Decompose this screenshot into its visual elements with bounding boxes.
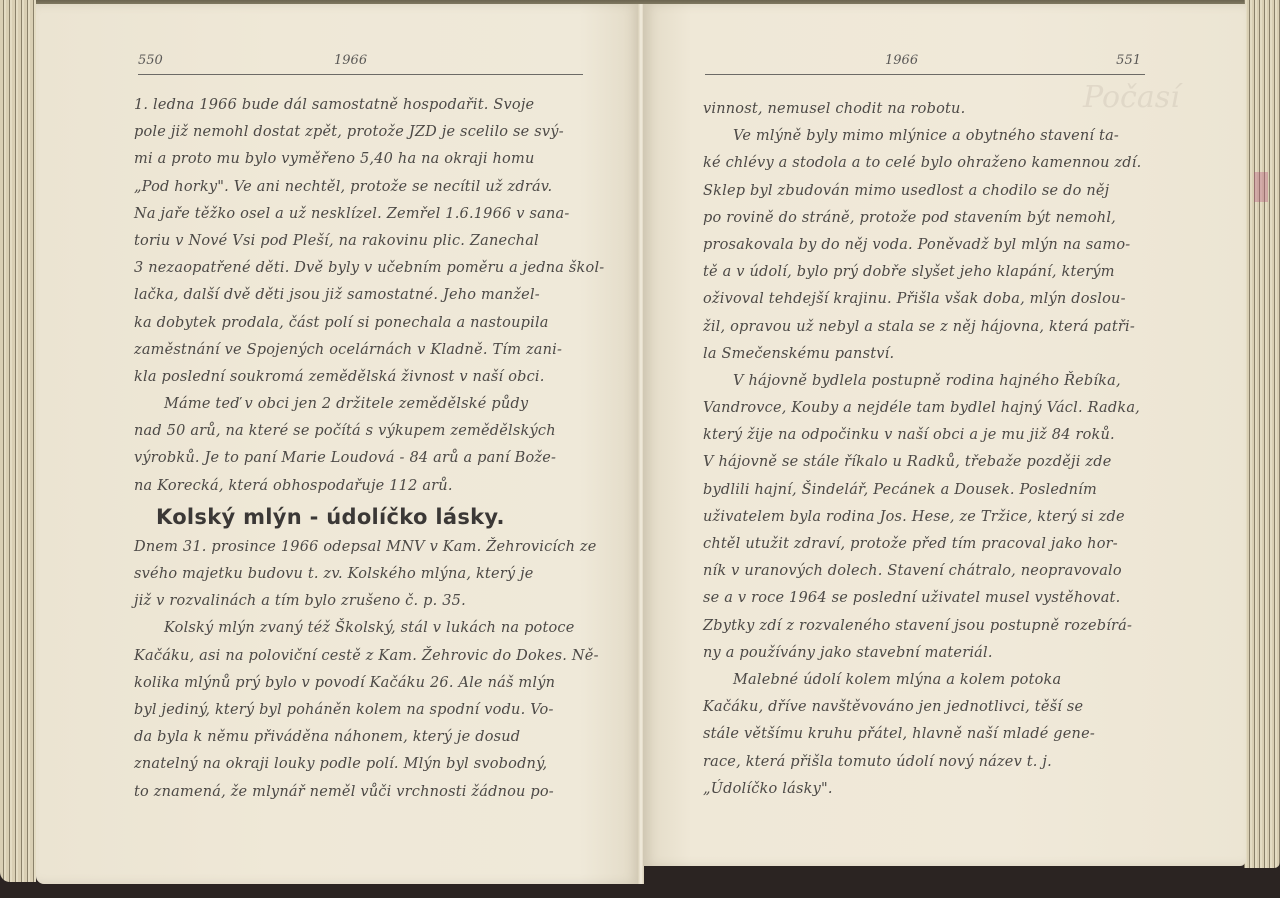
text-line: V hájovně se stále říkalo u Radků, třeba… (703, 449, 1158, 476)
text-line: Zbytky zdí z rozvaleného stavení jsou po… (703, 613, 1158, 640)
text-line: „Pod horky". Ve ani nechtěl, protože se … (134, 174, 609, 201)
text-line: ké chlévy a stodola a to celé bylo ohraž… (703, 150, 1158, 177)
page-number: 550 (138, 53, 163, 68)
text-line: kla poslední soukromá zemědělská živnost… (134, 364, 609, 391)
page-year: 1966 (885, 53, 918, 68)
text-line: la Smečenskému panství. (703, 341, 1158, 368)
text-line: vinnost, nemusel chodit na robotu. (703, 96, 1158, 123)
section-heading: Kolský mlýn - údolíčko lásky. (134, 500, 609, 534)
text-line: Ve mlýně byly mimo mlýnice a obytného st… (703, 123, 1158, 150)
page-number: 551 (1116, 53, 1141, 68)
text-line: který žije na odpočinku v naší obci a je… (703, 422, 1158, 449)
text-line: Malebné údolí kolem mlýna a kolem potoka (703, 667, 1158, 694)
text-line: ník v uranových dolech. Stavení chátralo… (703, 558, 1158, 585)
text-line: Dnem 31. prosince 1966 odepsal MNV v Kam… (134, 534, 609, 561)
text-line: kolika mlýnů prý bylo v povodí Kačáku 26… (134, 670, 609, 697)
text-line: V hájovně bydlela postupně rodina hajnéh… (703, 368, 1158, 395)
text-line: ka dobytek prodala, část polí si ponecha… (134, 310, 609, 337)
text-line: Sklep byl zbudován mimo usedlost a chodi… (703, 178, 1158, 205)
scanned-book-spread: 550 1966 1. ledna 1966 bude dál samostat… (0, 0, 1280, 898)
text-line: Vandrovce, Kouby a nejdéle tam bydlel ha… (703, 395, 1158, 422)
left-page-stack (0, 0, 36, 882)
text-line: Kačáku, dříve navštěvováno jen jednotliv… (703, 694, 1158, 721)
text-line: tě a v údolí, bylo prý dobře slyšet jeho… (703, 259, 1158, 286)
right-page: Počasí 1966 551 vinnost, nemusel chodit … (643, 4, 1246, 866)
right-page-text: vinnost, nemusel chodit na robotu. Ve ml… (703, 96, 1158, 803)
text-line: stále většímu kruhu přátel, hlavně naší … (703, 721, 1158, 748)
text-line: bydlili hajní, Šindelář, Pecánek a Douse… (703, 477, 1158, 504)
text-line: Na jaře těžko osel a už nesklízel. Zemře… (134, 201, 609, 228)
text-line: toriu v Nové Vsi pod Pleší, na rakovinu … (134, 228, 609, 255)
text-line: na Korecká, která obhospodařuje 112 arů. (134, 473, 609, 500)
text-line: race, která přišla tomuto údolí nový náz… (703, 749, 1158, 776)
text-line: mi a proto mu bylo vyměřeno 5,40 ha na o… (134, 146, 609, 173)
text-line: žil, opravou už nebyl a stala se z něj h… (703, 314, 1158, 341)
text-line: prosakovala by do něj voda. Poněvadž byl… (703, 232, 1158, 259)
text-line: výrobků. Je to paní Marie Loudová - 84 a… (134, 445, 609, 472)
text-line: ny a používány jako stavební materiál. (703, 640, 1158, 667)
text-line: chtěl utužit zdraví, protože před tím pr… (703, 531, 1158, 558)
text-line: 1. ledna 1966 bude dál samostatně hospod… (134, 92, 609, 119)
text-line: se a v roce 1964 se poslední uživatel mu… (703, 585, 1158, 612)
text-line: Máme teď v obci jen 2 držitele zemědělsk… (134, 391, 609, 418)
text-line: svého majetku budovu t. zv. Kolského mlý… (134, 561, 609, 588)
page-year: 1966 (334, 53, 367, 68)
text-line: Kačáku, asi na poloviční cestě z Kam. Že… (134, 643, 609, 670)
text-line: zaměstnání ve Spojených ocelárnách v Kla… (134, 337, 609, 364)
left-page-text: 1. ledna 1966 bude dál samostatně hospod… (134, 92, 609, 806)
text-line: byl jediný, který byl poháněn kolem na s… (134, 697, 609, 724)
text-line: uživatelem byla rodina Jos. Hese, ze Trž… (703, 504, 1158, 531)
text-line: 3 nezaopatřené děti. Dvě byly v učebním … (134, 255, 609, 282)
right-page-stack (1244, 0, 1280, 868)
text-line: Kolský mlýn zvaný též Školský, stál v lu… (134, 615, 609, 642)
text-line: da byla k němu přiváděna náhonem, který … (134, 724, 609, 751)
text-line: „Údolíčko lásky". (703, 776, 1158, 803)
text-line: nad 50 arů, na které se počítá s výkupem… (134, 418, 609, 445)
text-line: to znamená, že mlynář neměl vůči vrchnos… (134, 779, 609, 806)
text-line: po rovině do stráně, protože pod stavení… (703, 205, 1158, 232)
text-line: lačka, další dvě děti jsou již samostatn… (134, 282, 609, 309)
text-line: oživoval tehdejší krajinu. Přišla však d… (703, 286, 1158, 313)
left-page: 550 1966 1. ledna 1966 bude dál samostat… (36, 4, 640, 884)
text-line: znatelný na okraji louky podle polí. Mlý… (134, 751, 609, 778)
page-edge-stamp-mark (1254, 172, 1268, 202)
text-line: již v rozvalinách a tím bylo zrušeno č. … (134, 588, 609, 615)
text-line: pole již nemohl dostat zpět, protože JZD… (134, 119, 609, 146)
right-page-header: 1966 551 (705, 52, 1145, 75)
left-page-header: 550 1966 (138, 52, 583, 75)
